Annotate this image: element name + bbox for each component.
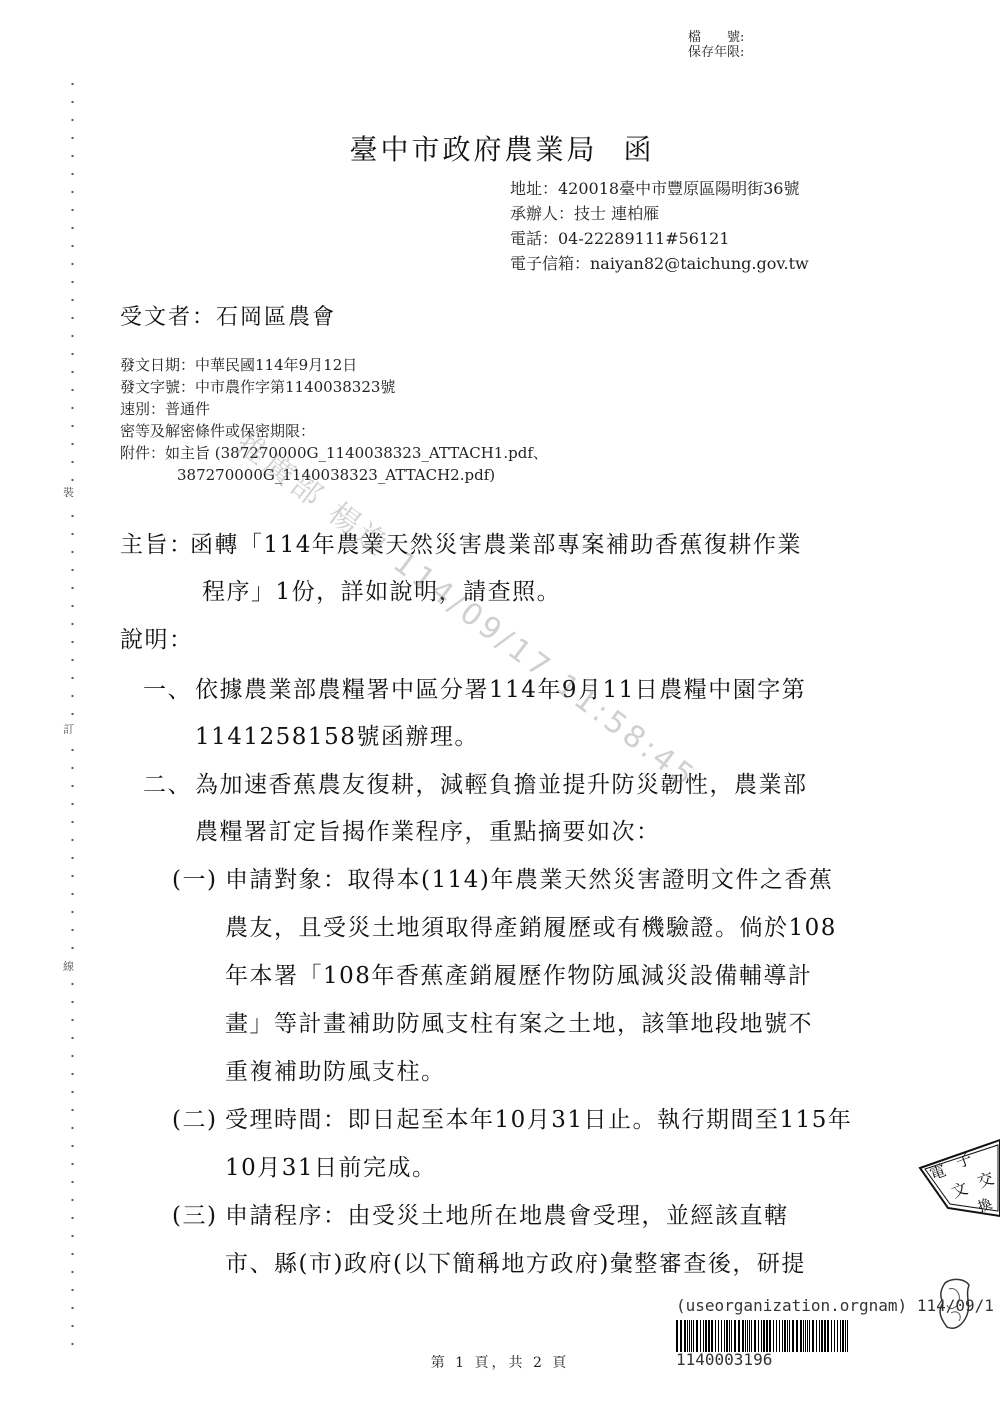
subject-line-2: 程序」1份，詳如說明，請查照。: [202, 573, 561, 606]
handler: 承辦人：技士 連柏雁: [510, 201, 809, 226]
binding-char-zhuang: 裝: [63, 486, 74, 500]
page-indicator: 第 1 頁，共 2 頁: [0, 1352, 1000, 1372]
subitem-2-line-2: 10月31日前完成。: [225, 1149, 437, 1182]
binding-char-ding: 訂: [63, 723, 74, 737]
binding-char-xian: 線: [63, 960, 74, 974]
item-1-line-1: 依據農業部農糧署中區分署114年9月11日農糧中園字第: [195, 671, 806, 704]
subitem-2-line-1: 受理時間：即日起至本年10月31日止。執行期間至115年: [225, 1101, 852, 1134]
item-2-line-2: 農糧署訂定旨揭作業程序，重點摘要如次：: [195, 813, 661, 846]
speed: 速別：普通件: [120, 398, 548, 420]
svg-text:文: 文: [949, 1178, 971, 1201]
subitem-1-line-1: 申請對象：取得本(114)年農業天然災害證明文件之香蕉: [225, 861, 833, 894]
page-title: 臺中市政府農業局 函: [0, 128, 1000, 168]
address: 地址：420018臺中市豐原區陽明街36號: [510, 176, 809, 201]
org-code-text: (useorganization.orgnam) 114/09/1: [676, 1296, 994, 1315]
explanation-label: 說明：: [120, 621, 194, 654]
doc-type: 函: [609, 133, 654, 166]
item-2-num: 二、: [143, 766, 192, 799]
issue-date: 發文日期：中華民國114年9月12日: [120, 354, 548, 376]
svg-text:子: 子: [953, 1148, 975, 1171]
svg-text:電: 電: [927, 1160, 949, 1183]
electronic-document-seal-icon: 電 子 文 交 換: [918, 1138, 1000, 1218]
item-1-line-2: 1141258158號函辦理。: [195, 718, 479, 751]
subitem-3-num: (三): [172, 1197, 217, 1230]
agency-name: 臺中市政府農業局: [346, 133, 598, 166]
doc-number: 發文字號：中市農作字第1140038323號: [120, 376, 548, 398]
attachment-line-1[interactable]: 附件：如主旨 (387270000G_1140038323_ATTACH1.pd…: [120, 442, 548, 464]
subitem-1-num: (一): [172, 861, 217, 894]
document-meta: 發文日期：中華民國114年9月12日 發文字號：中市農作字第1140038323…: [120, 354, 548, 486]
svg-text:交: 交: [975, 1168, 997, 1191]
subitem-3-line-2: 市、縣(市)政府(以下簡稱地方政府)彙整審查後，研提: [225, 1245, 806, 1278]
phone: 電話：04-22289111#56121: [510, 226, 809, 251]
item-1-num: 一、: [143, 671, 192, 704]
binding-margin-dotted-line: [71, 75, 74, 1355]
barcode: [676, 1320, 898, 1352]
classification: 密等及解密條件或保密期限：: [120, 420, 548, 442]
subitem-3-line-1: 申請程序：由受災土地所在地農會受理，並經該直轄: [225, 1197, 789, 1230]
item-2-line-1: 為加速香蕉農友復耕，減輕負擔並提升防災韌性，農業部: [195, 766, 808, 799]
subitem-1-line-3: 年本署「108年香蕉產銷履歷作物防風減災設備輔導計: [225, 957, 812, 990]
file-number-label: 檔 號:: [688, 30, 744, 45]
recipient: 受文者：石岡區農會: [120, 300, 336, 331]
subitem-2-num: (二): [172, 1101, 217, 1134]
email: 電子信箱：naiyan82@taichung.gov.tw: [510, 251, 809, 276]
subject-line-1: 函轉「114年農業天然災害農業部專案補助香蕉復耕作業: [190, 526, 802, 559]
subject-label: 主旨：: [120, 526, 194, 559]
subitem-1-line-4: 畫」等計畫補助防風支柱有案之土地，該筆地段地號不: [225, 1005, 813, 1038]
contact-block: 地址：420018臺中市豐原區陽明街36號 承辦人：技士 連柏雁 電話：04-2…: [510, 176, 809, 276]
subitem-1-line-2: 農友，且受災土地須取得產銷履歷或有機驗證。倘於108: [225, 909, 837, 942]
subitem-1-line-5: 重複補助防風支柱。: [225, 1053, 446, 1086]
retention-label: 保存年限:: [688, 45, 744, 60]
file-meta: 檔 號: 保存年限:: [688, 30, 744, 60]
